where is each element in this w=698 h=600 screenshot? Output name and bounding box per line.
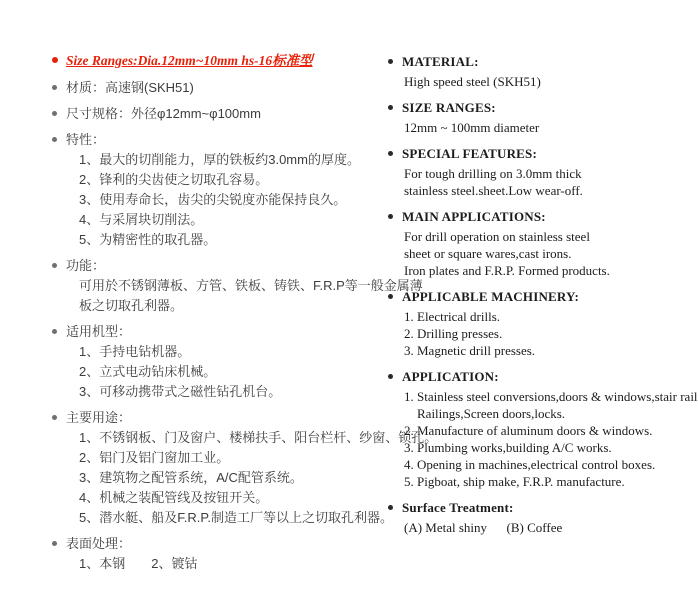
bullet-icon — [52, 137, 57, 142]
section-line: High speed steel (SKH51) — [402, 73, 694, 90]
section-line: 1、本钢 2、镀钴 — [66, 554, 392, 574]
red-bullet-icon — [52, 57, 58, 63]
bullet-icon — [388, 294, 393, 299]
section-line: 1. Electrical drills. — [402, 308, 694, 325]
section-heading: 特性： — [66, 130, 392, 150]
section-heading: 主要用途： — [66, 408, 392, 428]
section-line: 3. Magnetic drill presses. — [402, 342, 694, 359]
section-heading: APPLICABLE MACHINERY: — [402, 289, 694, 305]
right-section-5: APPLICATION:1. Stainless steel conversio… — [388, 369, 694, 490]
section-heading: 功能： — [66, 256, 392, 276]
section-line: 3、建筑物之配管系统，A/C配管系统。 — [66, 468, 392, 488]
left-section-0: 材质：高速钢(SKH51) — [52, 78, 392, 98]
section-heading: SPECIAL FEATURES: — [402, 146, 694, 162]
bullet-icon — [388, 374, 393, 379]
product-spec-page: Size Ranges:Dia.12mm~10mm hs-16标准型 材质：高速… — [0, 0, 698, 600]
left-section-4: 适用机型：1、手持电钻机器。2、立式电动钻床机械。3、可移动携带式之磁性钻孔机台… — [52, 322, 392, 402]
section-line: 12mm ~ 100mm diameter — [402, 119, 694, 136]
section-line: Iron plates and F.R.P. Formed products. — [402, 262, 694, 279]
section-line: 3. Plumbing works,building A/C works. — [402, 439, 694, 456]
section-line: 2、铝门及铝门窗加工业。 — [66, 448, 392, 468]
section-line: For drill operation on stainless steel — [402, 228, 694, 245]
section-heading: APPLICATION: — [402, 369, 694, 385]
section-heading: 适用机型： — [66, 322, 392, 342]
section-line: Railings,Screen doors,locks. — [402, 405, 694, 422]
right-section-4: APPLICABLE MACHINERY:1. Electrical drill… — [388, 289, 694, 359]
bullet-icon — [52, 415, 57, 420]
section-line: 1、最大的切削能力，厚的铁板约3.0mm的厚度。 — [66, 150, 392, 170]
page-title: Size Ranges:Dia.12mm~10mm hs-16标准型 — [66, 52, 392, 70]
section-line: 2. Drilling presses. — [402, 325, 694, 342]
section-line: 2、锋利的尖齿使之切取孔容易。 — [66, 170, 392, 190]
section-heading: MATERIAL: — [402, 54, 694, 70]
left-column: Size Ranges:Dia.12mm~10mm hs-16标准型 材质：高速… — [52, 52, 392, 580]
page-title-row: Size Ranges:Dia.12mm~10mm hs-16标准型 — [52, 52, 392, 70]
bullet-icon — [388, 505, 393, 510]
bullet-icon — [388, 59, 393, 64]
left-section-1: 尺寸规格：外径φ12mm~φ100mm — [52, 104, 392, 124]
section-line: 4、机械之装配管线及按钮开关。 — [66, 488, 392, 508]
section-line: 4. Opening in machines,electrical contro… — [402, 456, 694, 473]
section-heading: SIZE RANGES: — [402, 100, 694, 116]
section-heading: MAIN APPLICATIONS: — [402, 209, 694, 225]
section-line: 3、使用寿命长，齿尖的尖锐度亦能保持良久。 — [66, 190, 392, 210]
left-section-3: 功能：可用於不锈钢薄板、方管、铁板、铸铁、F.R.P等一般金属薄板之切取孔利器。 — [52, 256, 392, 316]
section-line: 2、立式电动钻床机械。 — [66, 362, 392, 382]
section-line: 3、可移动携带式之磁性钻孔机台。 — [66, 382, 392, 402]
section-line: (A) Metal shiny (B) Coffee — [402, 519, 694, 536]
right-section-0: MATERIAL:High speed steel (SKH51) — [388, 54, 694, 90]
bullet-icon — [388, 105, 393, 110]
bullet-icon — [388, 214, 393, 219]
section-line: 1、手持电钻机器。 — [66, 342, 392, 362]
section-heading: 材质：高速钢(SKH51) — [66, 78, 392, 98]
right-section-1: SIZE RANGES:12mm ~ 100mm diameter — [388, 100, 694, 136]
bullet-icon — [52, 263, 57, 268]
right-section-6: Surface Treatment:(A) Metal shiny (B) Co… — [388, 500, 694, 536]
section-heading: 尺寸规格：外径φ12mm~φ100mm — [66, 104, 392, 124]
section-line: 5、潜水艇、船及F.R.P.制造工厂等以上之切取孔利器。 — [66, 508, 392, 528]
section-line: sheet or square wares,cast irons. — [402, 245, 694, 262]
section-line: For tough drilling on 3.0mm thick — [402, 165, 694, 182]
bullet-icon — [388, 151, 393, 156]
section-heading: Surface Treatment: — [402, 500, 694, 516]
right-column: MATERIAL:High speed steel (SKH51)SIZE RA… — [388, 54, 694, 546]
left-section-5: 主要用途：1、不锈钢板、门及窗户、楼梯扶手、阳台栏杆、纱窗、锁孔。2、铝门及铝门… — [52, 408, 392, 528]
section-line: 5、为精密性的取孔器。 — [66, 230, 392, 250]
section-heading: 表面处理： — [66, 534, 392, 554]
right-section-2: SPECIAL FEATURES:For tough drilling on 3… — [388, 146, 694, 199]
left-section-2: 特性：1、最大的切削能力，厚的铁板约3.0mm的厚度。2、锋利的尖齿使之切取孔容… — [52, 130, 392, 250]
right-sections: MATERIAL:High speed steel (SKH51)SIZE RA… — [388, 54, 694, 536]
bullet-icon — [52, 85, 57, 90]
bullet-icon — [52, 541, 57, 546]
section-line: 可用於不锈钢薄板、方管、铁板、铸铁、F.R.P等一般金属薄 — [66, 276, 392, 296]
section-line: 5. Pigboat, ship make, F.R.P. manufactur… — [402, 473, 694, 490]
section-line: 1、不锈钢板、门及窗户、楼梯扶手、阳台栏杆、纱窗、锁孔。 — [66, 428, 392, 448]
section-line: 4、与采屑块切削法。 — [66, 210, 392, 230]
section-line: stainless steel.sheet.Low wear-off. — [402, 182, 694, 199]
section-line: 板之切取孔利器。 — [66, 296, 392, 316]
bullet-icon — [52, 111, 57, 116]
section-line: 2. Manufacture of aluminum doors & windo… — [402, 422, 694, 439]
left-section-6: 表面处理：1、本钢 2、镀钴 — [52, 534, 392, 574]
right-section-3: MAIN APPLICATIONS:For drill operation on… — [388, 209, 694, 279]
bullet-icon — [52, 329, 57, 334]
left-sections: 材质：高速钢(SKH51)尺寸规格：外径φ12mm~φ100mm特性：1、最大的… — [52, 78, 392, 574]
section-line: 1. Stainless steel conversions,doors & w… — [402, 388, 694, 405]
